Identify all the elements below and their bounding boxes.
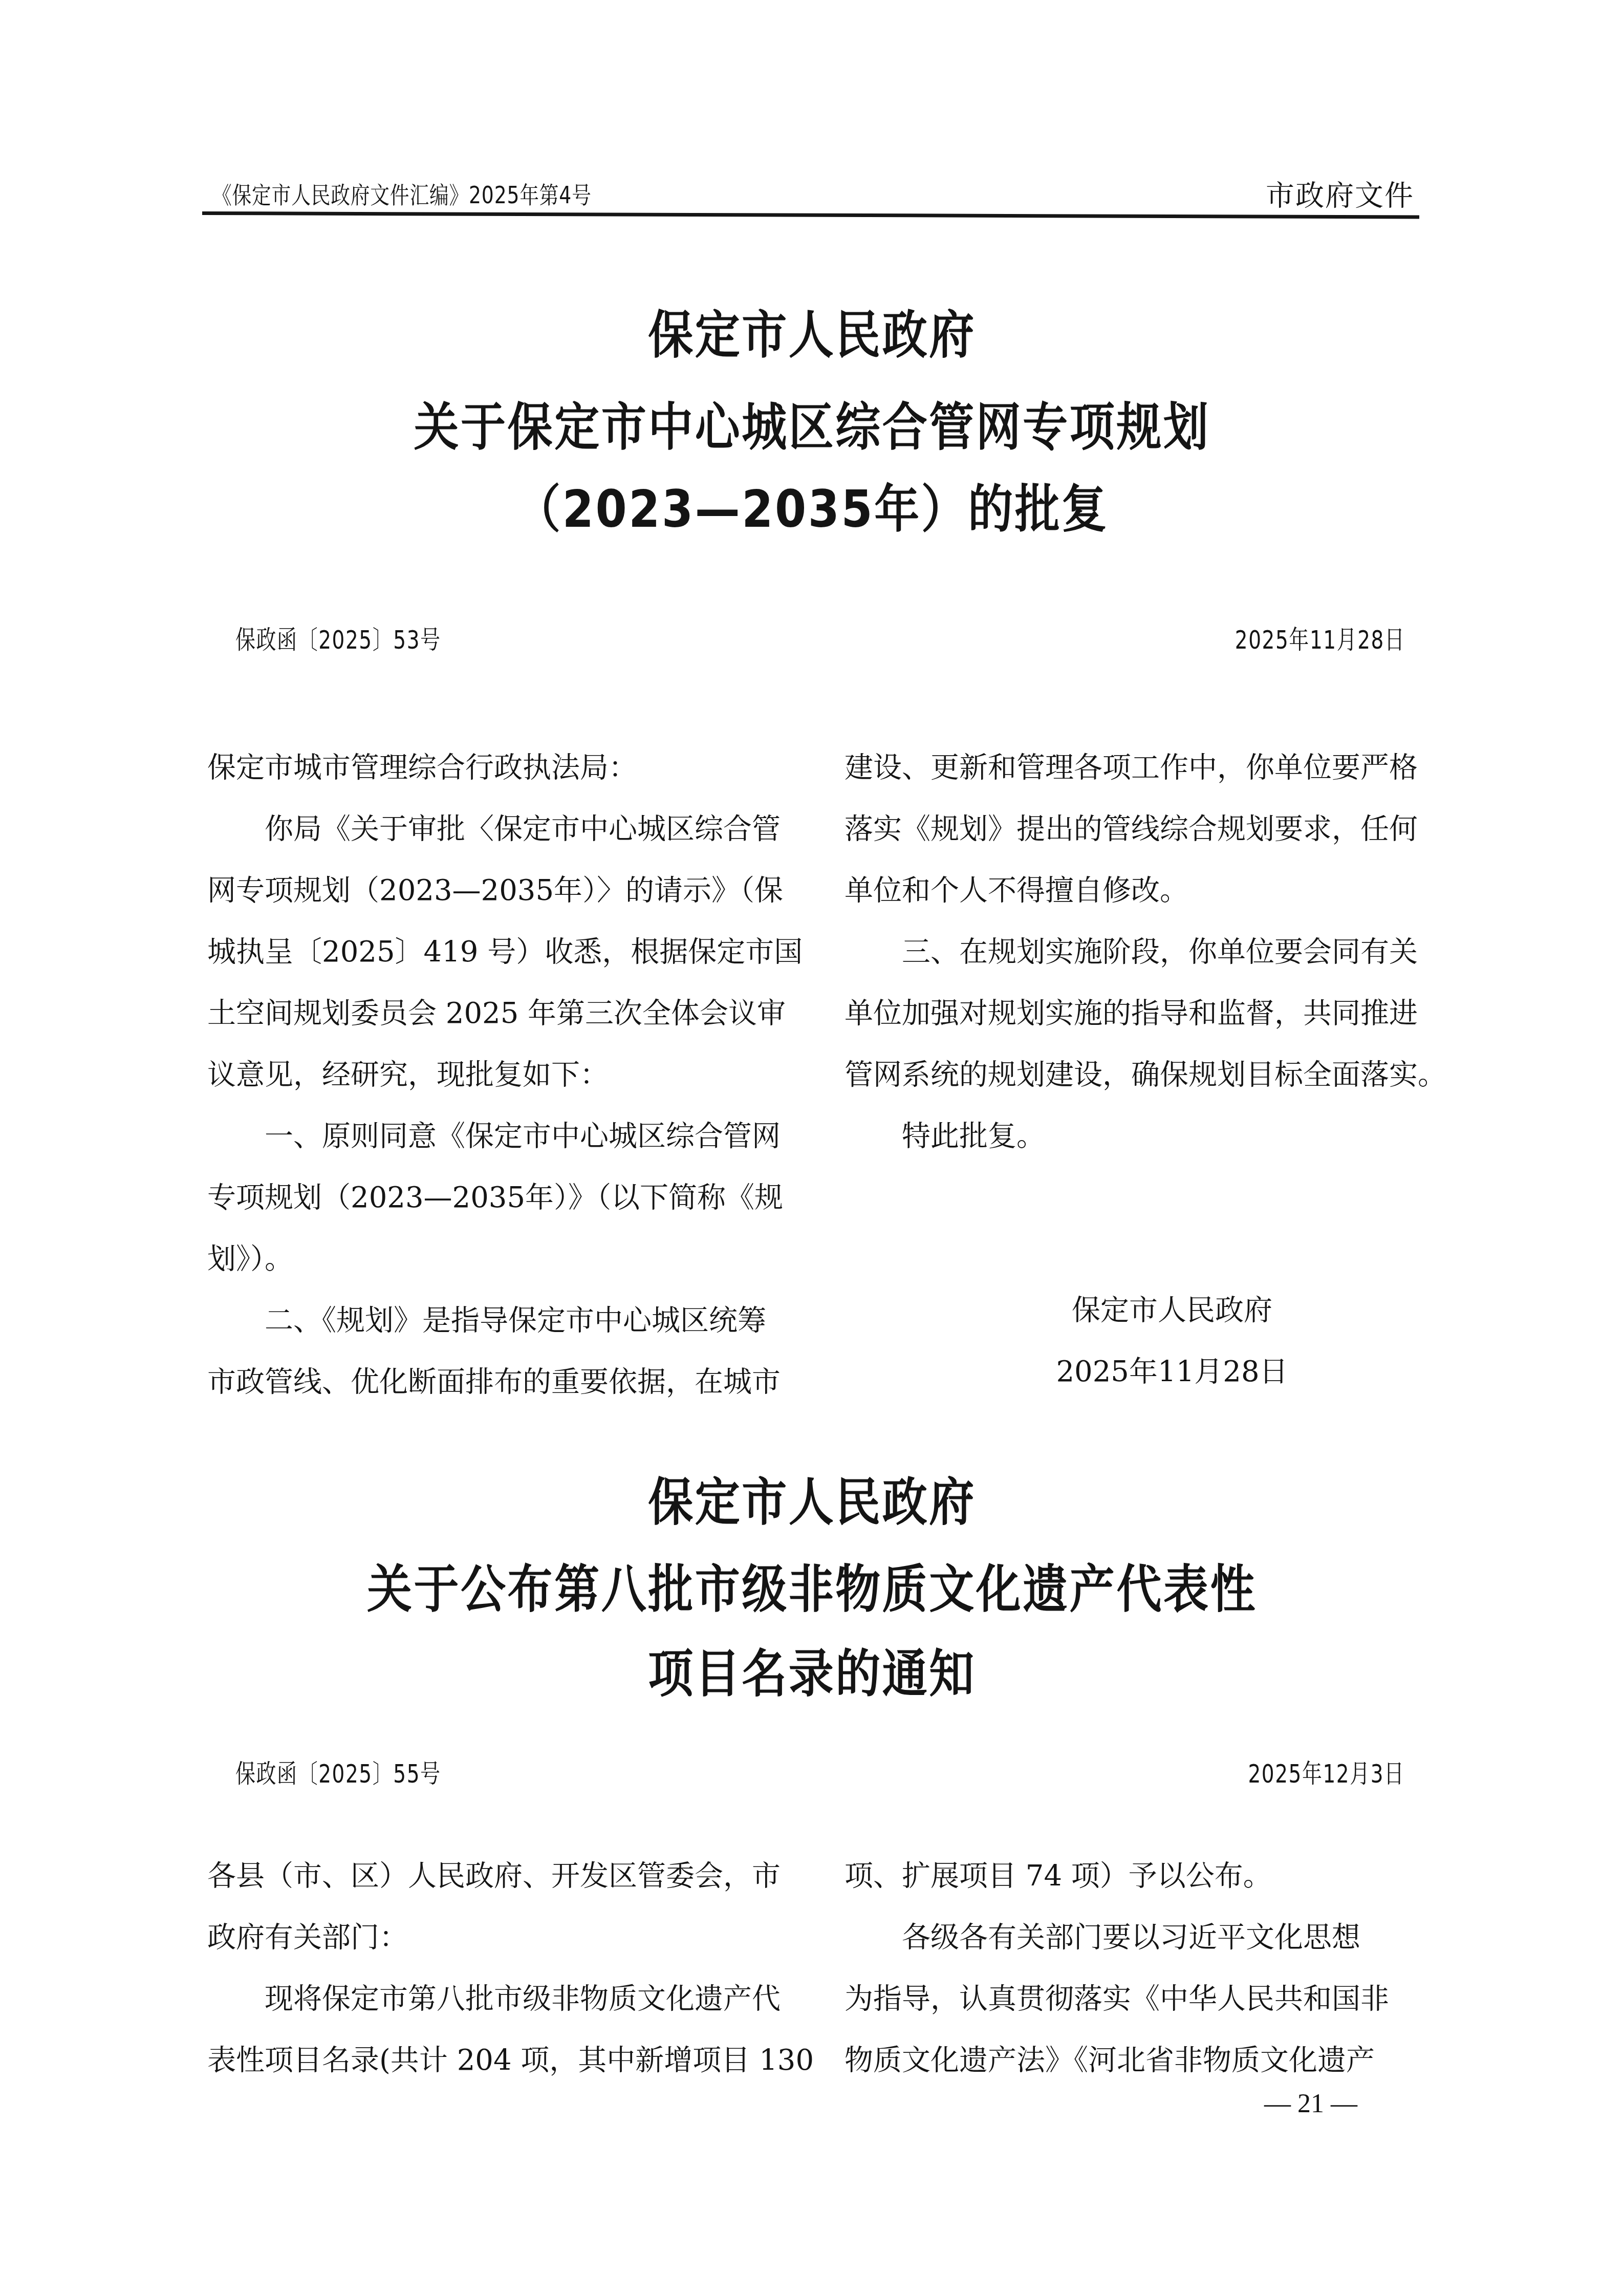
header-rule [202,211,1419,219]
body-line: 落实《规划》提出的管线综合规划要求，任何 [845,799,1423,860]
doc1-issue-date: 2025年11月28日 [1235,619,1405,656]
body-line: 各县（市、区）人民政府、开发区管委会，市 [207,1846,786,1907]
body-line: 单位和个人不得擅自修改。 [845,860,1423,921]
signature-org: 保定市人民政府 [962,1280,1382,1341]
doc1-signature: 保定市人民政府 2025年11月28日 [962,1280,1382,1403]
running-header-publication: 《保定市人民政府文件汇编》2025年第4号 [212,177,592,210]
doc2-document-number: 保政函〔2025〕55号 [235,1753,441,1790]
body-line: 单位加强对规划实施的指导和监督，共同推进 [845,983,1423,1044]
doc1-body-left-column: 保定市城市管理综合行政执法局： 你局《关于审批〈保定市中心城区综合管 网专项规划… [207,737,786,1413]
doc2-body-right-column: 项、扩展项目 74 项）予以公布。 各级各有关部门要以习近平文化思想 为指导，认… [845,1846,1423,2091]
doc2-title-line-1: 关于公布第八批市级非物质文化遗产代表性 [0,1564,1624,1615]
body-line: 你局《关于审批〈保定市中心城区综合管 [207,799,786,860]
running-header-section: 市政府文件 [1266,173,1414,214]
body-line: 城执呈〔2025〕419 号）收悉，根据保定市国 [207,921,786,983]
body-line: 专项规划（2023—2035年）》（以下简称《规 [207,1167,786,1229]
body-line: 建设、更新和管理各项工作中，你单位要严格 [845,737,1423,799]
doc1-body-right-column: 建设、更新和管理各项工作中，你单位要严格 落实《规划》提出的管线综合规划要求，任… [845,737,1423,1167]
body-line: 划》）。 [207,1229,786,1290]
body-line: 一、原则同意《保定市中心城区综合管网 [207,1106,786,1167]
body-line: 议意见，经研究，现批复如下： [207,1044,786,1106]
doc1-issuer-title: 保定市人民政府 [0,310,1624,361]
body-line: 二、《规划》是指导保定市中心城区统筹 [207,1290,786,1351]
body-line: 三、在规划实施阶段，你单位要会同有关 [845,921,1423,983]
body-line: 现将保定市第八批市级非物质文化遗产代 [207,1968,786,2030]
page-number: — 21 — [1264,2089,1357,2119]
body-line: 项、扩展项目 74 项）予以公布。 [845,1846,1423,1907]
doc2-body-left-column: 各县（市、区）人民政府、开发区管委会，市 政府有关部门： 现将保定市第八批市级非… [207,1846,786,2091]
body-line: 保定市城市管理综合行政执法局： [207,737,786,799]
signature-date: 2025年11月28日 [962,1341,1382,1403]
body-line: 各级各有关部门要以习近平文化思想 [845,1907,1423,1968]
body-line: 特此批复。 [845,1106,1423,1167]
doc1-title-line-2: （2023—2035年）的批复 [0,484,1624,535]
body-line: 网专项规划（2023—2035年）〉的请示》（保 [207,860,786,921]
body-line: 政府有关部门： [207,1907,786,1968]
doc1-title-line-1: 关于保定市中心城区综合管网专项规划 [0,402,1624,453]
body-line: 管网系统的规划建设，确保规划目标全面落实。 [845,1044,1423,1106]
body-line: 为指导，认真贯彻落实《中华人民共和国非 [845,1968,1423,2030]
body-line: 土空间规划委员会 2025 年第三次全体会议审 [207,983,786,1044]
doc1-document-number: 保政函〔2025〕53号 [235,619,441,656]
body-line: 表性项目名录(共计 204 项，其中新增项目 130 [207,2030,786,2091]
doc2-title-line-2: 项目名录的通知 [0,1648,1624,1700]
doc2-issue-date: 2025年12月3日 [1248,1753,1405,1790]
doc2-issuer-title: 保定市人民政府 [0,1477,1624,1528]
body-line: 物质文化遗产法》《河北省非物质文化遗产 [845,2030,1423,2091]
body-line: 市政管线、优化断面排布的重要依据，在城市 [207,1351,786,1413]
